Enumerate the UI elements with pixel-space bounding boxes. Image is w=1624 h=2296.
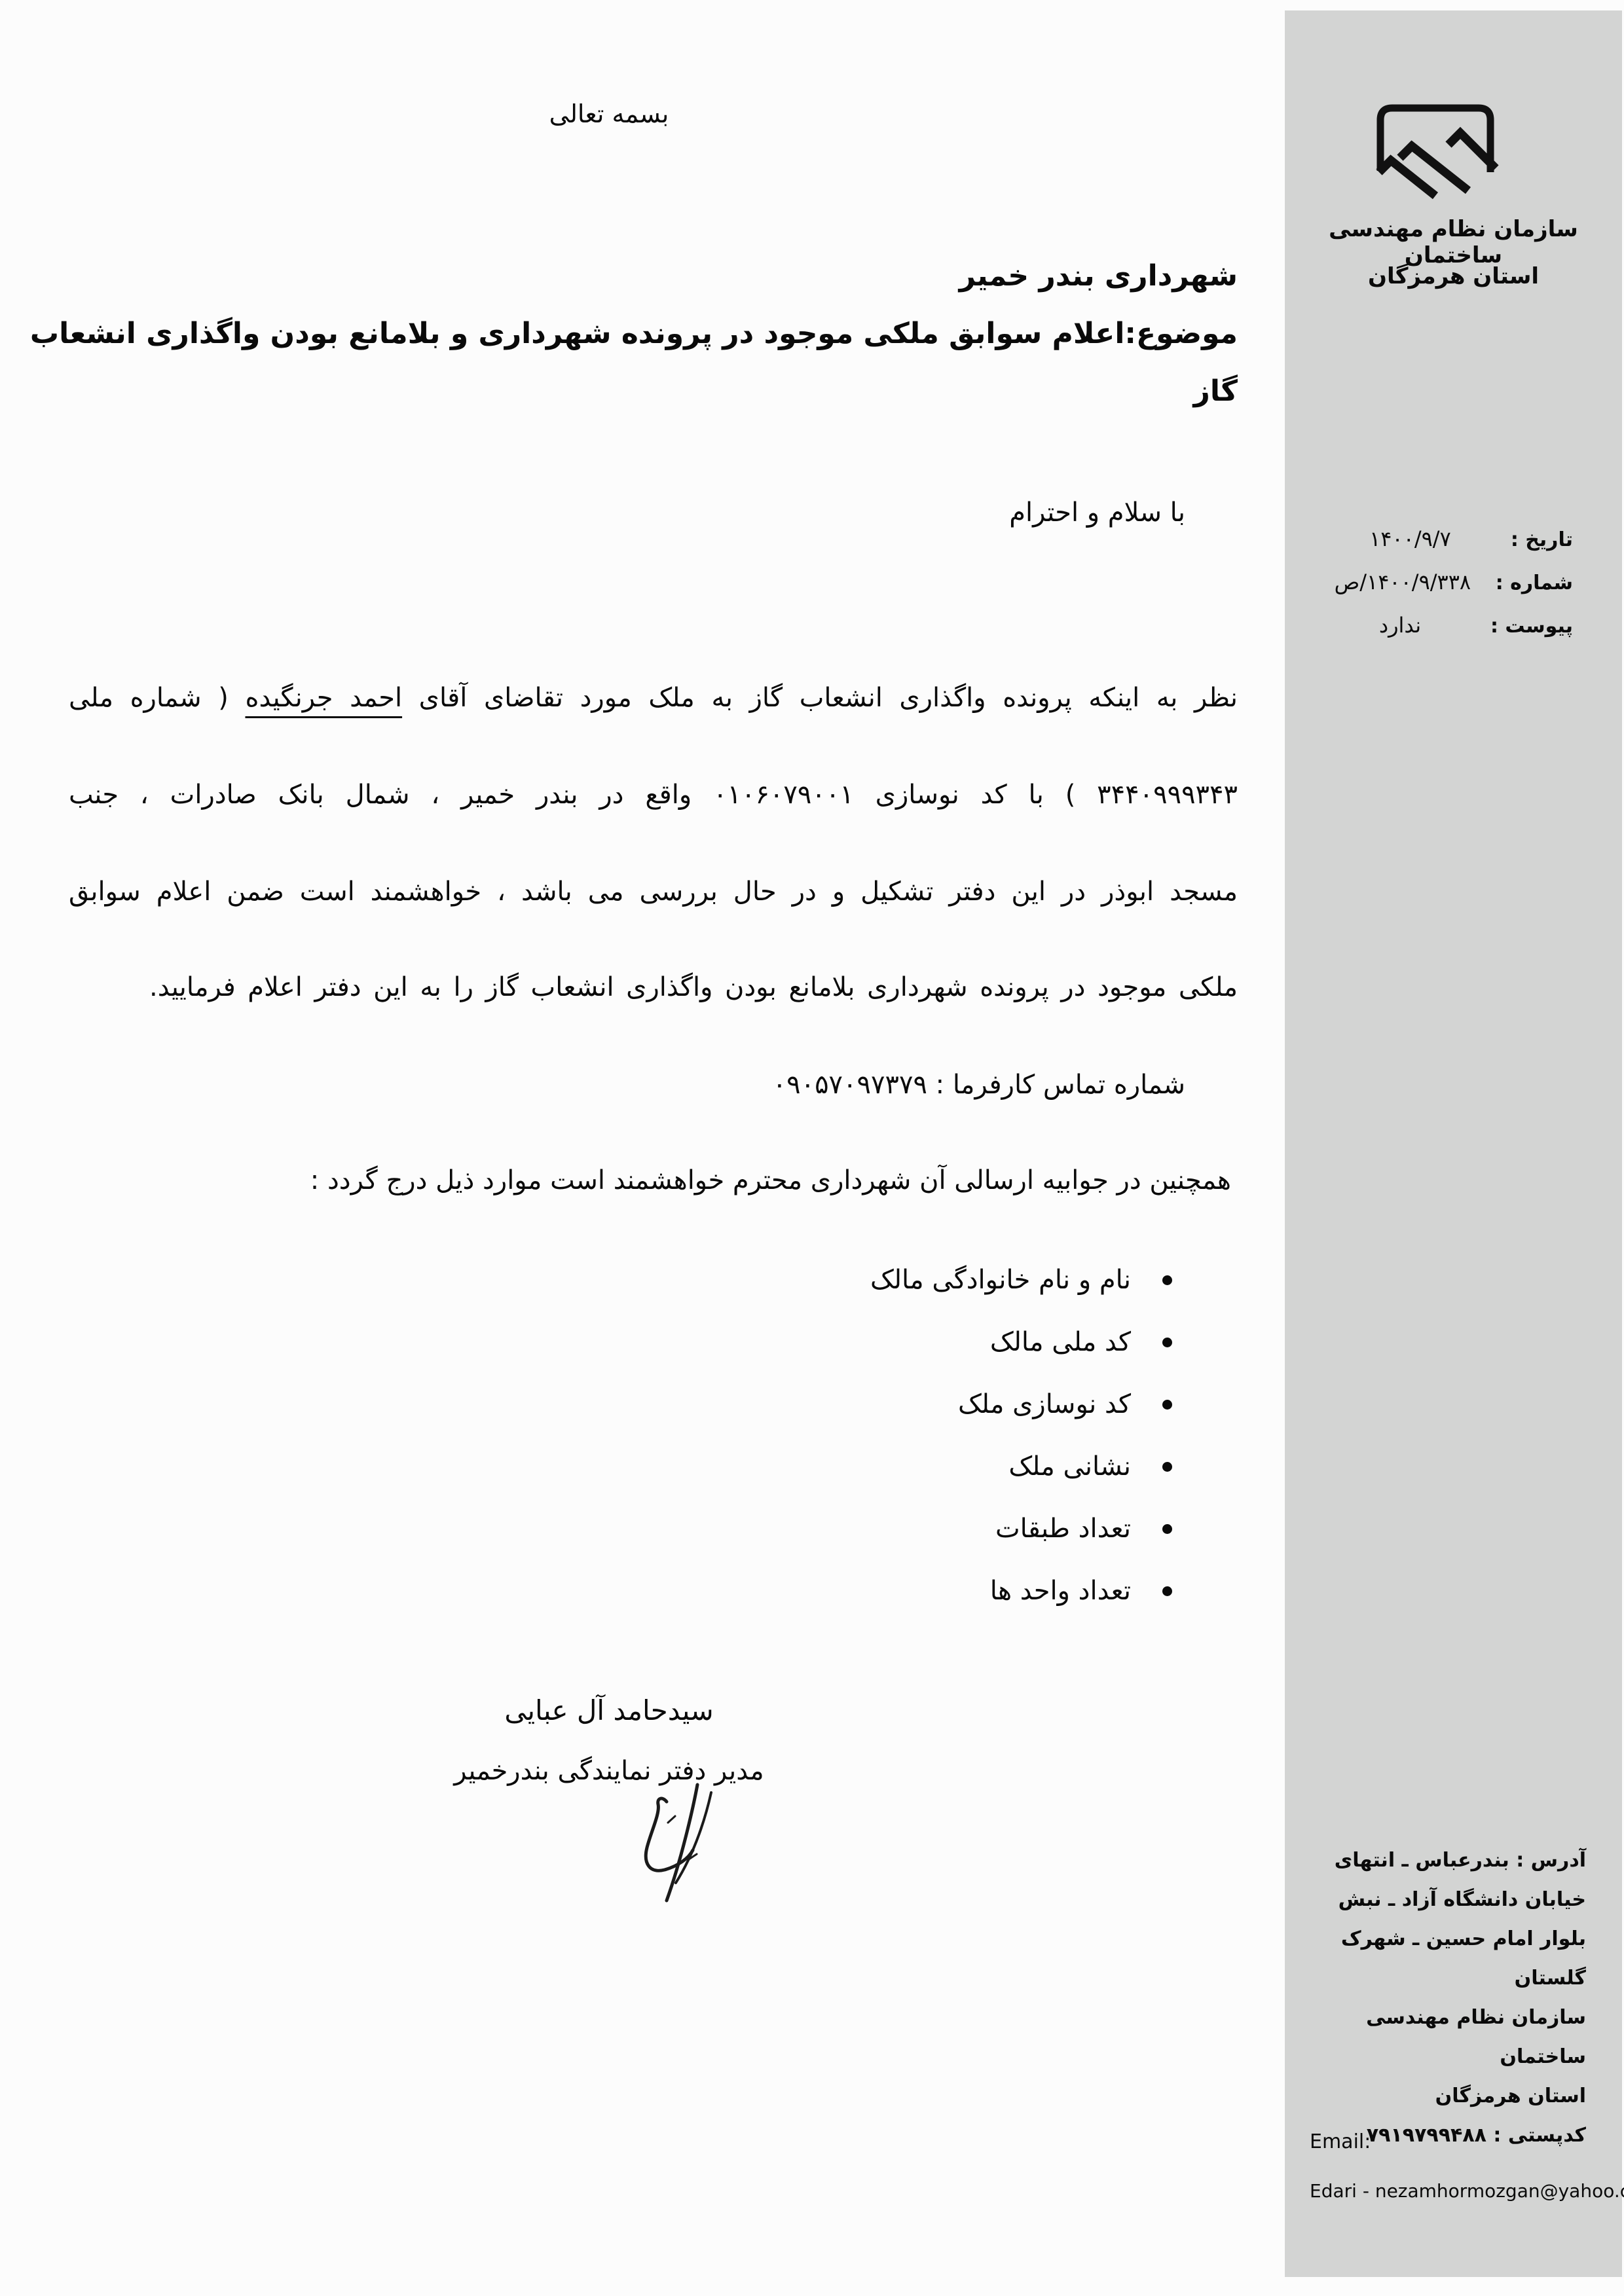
email-label: Email:	[1310, 2130, 1371, 2153]
subject-line-1: موضوع:اعلام سوابق ملکی موجود در پرونده ش…	[30, 317, 1238, 350]
handwritten-signature-icon	[634, 1782, 745, 1903]
checklist-item-label: تعداد واحد ها	[990, 1576, 1131, 1606]
letter-page: بسمه تعالی شهرداری بندر خمیر موضوع:اعلام…	[0, 0, 1624, 2296]
bismillah: بسمه تعالی	[445, 100, 773, 128]
request-line: همچنین در جوابیه ارسالی آن شهرداری محترم…	[310, 1165, 1231, 1195]
checklist-item: تعداد طبقات	[995, 1514, 1172, 1544]
address-line: آدرس : بندرعباس ـ انتهای	[1308, 1841, 1586, 1880]
bullet-icon	[1162, 1586, 1172, 1596]
checklist-item: نشانی ملک	[1008, 1451, 1172, 1482]
org-region: استان هرمزگان	[1285, 263, 1622, 289]
attachment-row: پیوست : ندارد	[1285, 613, 1622, 638]
address-line: گلستان	[1308, 1959, 1586, 1998]
number-value: ۱۴۰۰/۹/۳۳۸/ص	[1310, 570, 1496, 594]
number-row: شماره : ۱۴۰۰/۹/۳۳۸/ص	[1285, 570, 1622, 594]
signer-title: مدیر دفتر نمایندگی بندرخمیر	[413, 1756, 805, 1786]
bullet-icon	[1162, 1462, 1172, 1472]
bullet-icon	[1162, 1524, 1172, 1534]
checklist-item-label: نشانی ملک	[1008, 1451, 1131, 1482]
address-line: استان هرمزگان	[1308, 2077, 1586, 2116]
email-value: Edari - nezamhormozgan@yahoo.com	[1310, 2180, 1624, 2202]
checklist-item-label: کد نوسازی ملک	[958, 1389, 1131, 1419]
employer-phone-line: شماره تماس کارفرما : ۰۹۰۵۷۰۹۷۳۷۹	[773, 1070, 1185, 1100]
checklist-item: نام و نام خانوادگی مالک	[870, 1265, 1172, 1295]
checklist-item-label: تعداد طبقات	[995, 1514, 1131, 1544]
checklist-item: کد نوسازی ملک	[958, 1389, 1172, 1419]
checklist-item: کد ملی مالک	[990, 1327, 1172, 1357]
address-line: خیابان دانشگاه آزاد ـ نبش	[1308, 1880, 1586, 1920]
subject-line-2: گاز	[1194, 374, 1238, 408]
bullet-icon	[1162, 1338, 1172, 1347]
org-name: سازمان نظام مهندسی ساختمان	[1285, 216, 1622, 268]
org-logo-icon	[1370, 99, 1501, 204]
body-line-3: مسجد ابوذر در این دفتر تشکیل و در حال بر…	[69, 872, 1238, 911]
letter-meta-fields: تاریخ : ۱۴۰۰/۹/۷ شماره : ۱۴۰۰/۹/۳۳۸/ص پی…	[1285, 526, 1622, 656]
checklist-item-label: کد ملی مالک	[990, 1327, 1131, 1357]
checklist-item: تعداد واحد ها	[990, 1576, 1172, 1606]
bullet-icon	[1162, 1275, 1172, 1285]
signer-name: سیدحامد آل عبایی	[413, 1694, 805, 1726]
body-line-2: ۳۴۴۰۹۹۹۳۴۳ ) با کد نوسازی ۰۱۰۶۰۷۹۰۰۱ واق…	[69, 775, 1238, 814]
body-line-1: نظر به اینکه پرونده واگذاری انشعاب گاز ب…	[69, 678, 1238, 718]
salutation: با سلام و احترام	[1009, 498, 1185, 528]
bullet-icon	[1162, 1400, 1172, 1410]
address-line: سازمان نظام مهندسی ساختمان	[1308, 1998, 1586, 2077]
applicant-name-underlined: احمد جرنگیده	[245, 683, 402, 713]
number-label: شماره :	[1496, 572, 1573, 594]
body-line-4: ملکی موجود در پرونده شهرداری بلامانع بود…	[149, 968, 1238, 1007]
body-line-1-pre: نظر به اینکه پرونده واگذاری انشعاب گاز ب…	[402, 683, 1238, 713]
recipient-title: شهرداری بندر خمیر	[959, 259, 1238, 293]
date-label: تاریخ :	[1511, 528, 1573, 551]
address-block: آدرس : بندرعباس ـ انتهای خیابان دانشگاه …	[1285, 1841, 1622, 2155]
attachment-value: ندارد	[1310, 613, 1490, 638]
date-row: تاریخ : ۱۴۰۰/۹/۷	[1285, 526, 1622, 551]
date-value: ۱۴۰۰/۹/۷	[1310, 526, 1511, 551]
address-line: بلوار امام حسین ـ شهرک	[1308, 1920, 1586, 1959]
letterhead-sidebar: سازمان نظام مهندسی ساختمان استان هرمزگان…	[1285, 10, 1622, 2277]
checklist-item-label: نام و نام خانوادگی مالک	[870, 1265, 1131, 1295]
attachment-label: پیوست :	[1490, 615, 1573, 638]
body-line-1-post: ( شماره ملی	[69, 683, 245, 713]
